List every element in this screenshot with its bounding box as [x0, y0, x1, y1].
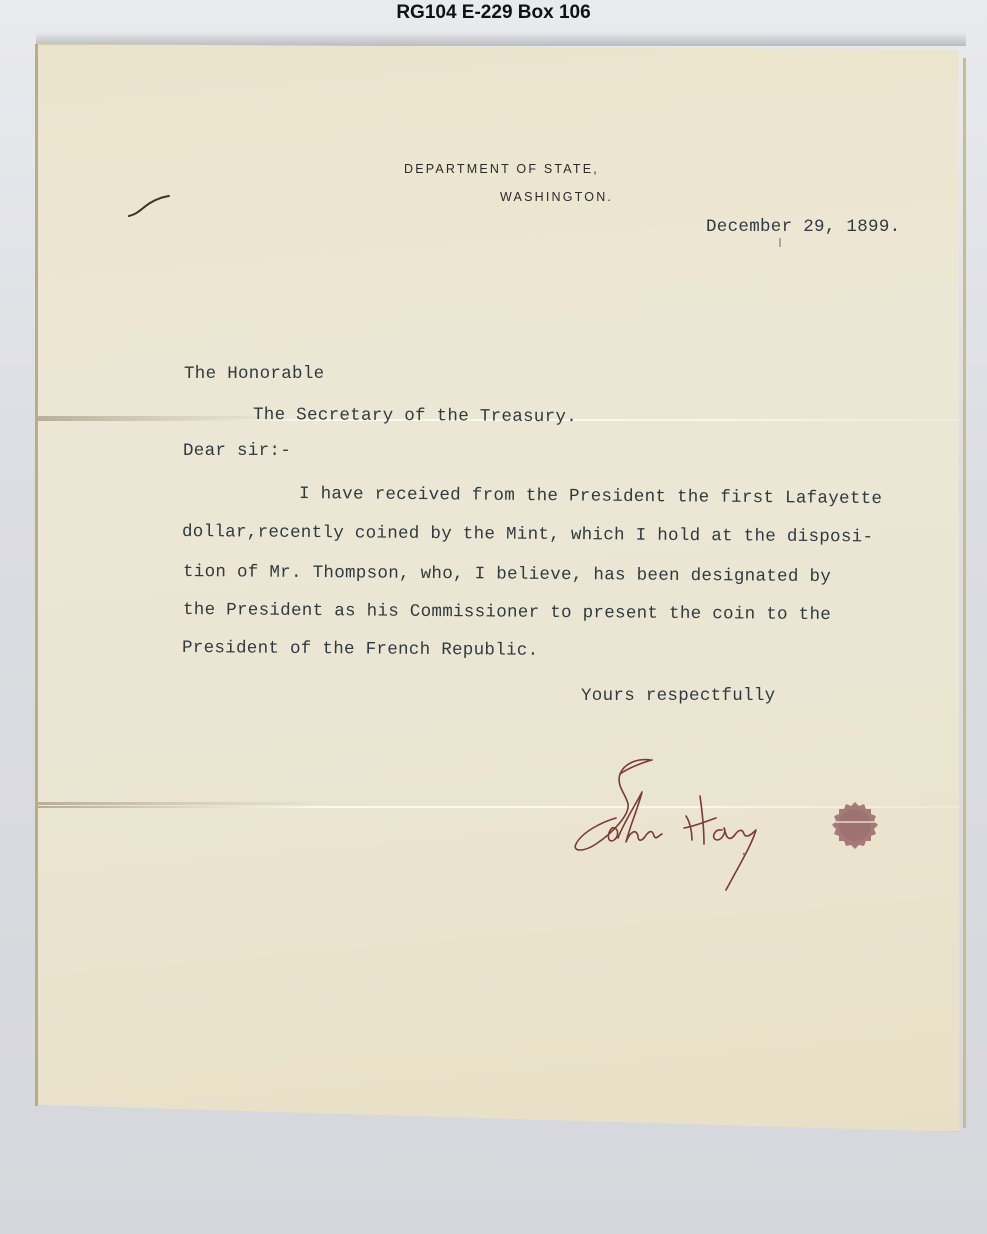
letterhead-department: DEPARTMENT OF STATE, [404, 162, 599, 176]
stray-mark [779, 238, 781, 247]
closing: Yours respectfully [581, 686, 775, 706]
paper-shadow [36, 32, 966, 46]
greeting: Dear sir:- [183, 441, 291, 461]
body-line: President of the French Republic. [182, 638, 539, 661]
archive-label: RG104 E-229 Box 106 [0, 2, 987, 24]
wax-seal-icon [830, 801, 880, 851]
paper-edge-right [963, 58, 966, 1128]
fold-line-lower [38, 806, 960, 808]
paper-edge-left [35, 44, 38, 1106]
addressee-line-2: The Secretary of the Treasury. [253, 405, 577, 427]
letterhead-city: WASHINGTON. [500, 190, 613, 204]
letter-date: December 29, 1899. [706, 217, 900, 237]
signature-john-hay-icon [566, 752, 766, 897]
fold-shadow-lower [38, 802, 638, 805]
letter-paper [37, 44, 965, 1132]
pencil-tick-mark-icon [126, 194, 172, 220]
addressee-line-1: The Honorable [184, 364, 324, 384]
